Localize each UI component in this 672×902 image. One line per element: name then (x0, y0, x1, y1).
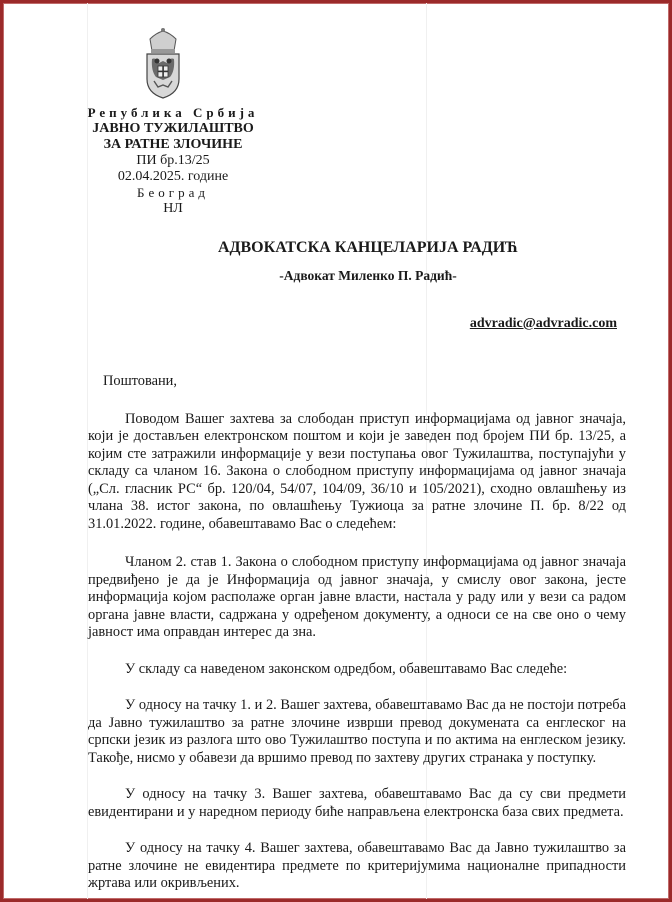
sender-country: Република Србија (63, 105, 283, 121)
sender-office-line2: ЗА РАТНЕ ЗЛОЧИНЕ (63, 137, 283, 153)
paragraph: У односу на тачку 3. Вашег захтева, обав… (88, 786, 626, 821)
letter-body: Поштовани, Поводом Вашег захтева за слоб… (88, 373, 626, 893)
paragraph: У односу на тачку 4. Вашег захтева, обав… (88, 840, 626, 893)
recipient-email: advradic@advradic.com (470, 316, 617, 332)
recipient-firm: АДВОКАТСКА КАНЦЕЛАРИЈА РАДИЋ (183, 238, 553, 258)
document-page: Република Србија ЈАВНО ТУЖИЛАШТВО ЗА РАТ… (0, 0, 672, 902)
document-date: 02.04.2025. године (63, 169, 283, 185)
sender-office-line1: ЈАВНО ТУЖИЛАШТВО (63, 121, 283, 137)
paragraph: У складу са наведеном законском одредбом… (88, 661, 626, 679)
recipient-lawyer: -Адвокат Миленко П. Радић- (183, 268, 553, 284)
serbian-coat-of-arms-icon (144, 27, 182, 99)
sender-city: Београд (63, 185, 283, 201)
salutation: Поштовани, (103, 373, 626, 391)
recipient-block: АДВОКАТСКА КАНЦЕЛАРИЈА РАДИЋ -Адвокат Ми… (183, 238, 553, 284)
reference-number: ПИ бр.13/25 (63, 153, 283, 169)
author-initials: НЛ (63, 201, 283, 217)
paragraph: Чланом 2. став 1. Закона о слободном при… (88, 554, 626, 642)
sender-block: Република Србија ЈАВНО ТУЖИЛАШТВО ЗА РАТ… (63, 105, 283, 217)
paragraph: У односу на тачку 1. и 2. Вашег захтева,… (88, 697, 626, 767)
paragraph: Поводом Вашег захтева за слободан присту… (88, 411, 626, 534)
